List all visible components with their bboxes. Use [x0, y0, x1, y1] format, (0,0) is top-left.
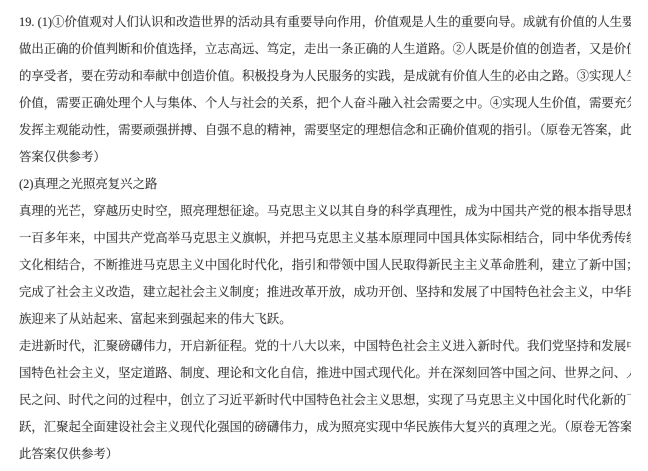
essay-intro: 真理的光芒，穿越历史时空，照亮理想征途。马克思主义以其自身的科学真理性，成为中国…	[19, 198, 631, 225]
text-line: 做出正确的价值判断和价值选择，立志高远、笃定，走出一条正确的人生道路。②人既是价…	[19, 36, 631, 63]
text-line: 发挥主观能动性，需要顽强拼搏、自强不息的精神，需要坚定的理想信念和正确价值观的指…	[19, 117, 631, 144]
essay-new-era: 走进新时代，汇聚磅礴伟力，开启新征程。党的十八大以来，中国特色社会主义进入新时代…	[19, 333, 631, 468]
text-line: 文化相结合，不断推进马克思主义中国化时代化，指引和带领中国人民取得新民主主义革命…	[19, 252, 631, 279]
document-page: 19. (1)①价值观对人们认识和改造世界的活动具有重要导向作用，价值观是人生的…	[0, 0, 648, 471]
text-line: 跃，汇聚起全面建设社会主义现代化强国的磅礴伟力，成为照亮实现中华民族伟大复兴的真…	[19, 414, 631, 441]
answer-part-2-title: (2)真理之光照亮复兴之路	[19, 171, 631, 198]
text-line: 国特色社会主义，坚定道路、制度、理论和文化自信，推进中国式现代化。并在深刻回答中…	[19, 360, 631, 387]
text-line: 真理的光芒，穿越历史时空，照亮理想征途。马克思主义以其自身的科学真理性，成为中国…	[19, 198, 631, 225]
essay-history: 一百多年来，中国共产党高举马克思主义旗帜，并把马克思主义基本原理同中国具体实际相…	[19, 225, 631, 333]
text-line: 完成了社会主义改造，建立起社会主义制度；推进改革开放，成功开创、坚持和发展了中国…	[19, 279, 631, 306]
text-line: 走进新时代，汇聚磅礴伟力，开启新征程。党的十八大以来，中国特色社会主义进入新时代…	[19, 333, 631, 360]
text-line: 此答案仅供参考）	[19, 441, 631, 468]
text-line: 的享受者，要在劳动和奉献中创造价值。积极投身为人民服务的实践，是成就有价值人生的…	[19, 63, 631, 90]
answer-part-1: 19. (1)①价值观对人们认识和改造世界的活动具有重要导向作用，价值观是人生的…	[19, 9, 631, 171]
text-line: 民之问、时代之问的过程中，创立了习近平新时代中国特色社会主义思想，实现了马克思主…	[19, 387, 631, 414]
text-line: 一百多年来，中国共产党高举马克思主义旗帜，并把马克思主义基本原理同中国具体实际相…	[19, 225, 631, 252]
text-line: 19. (1)①价值观对人们认识和改造世界的活动具有重要导向作用，价值观是人生的…	[19, 9, 631, 36]
text-line: 价值，需要正确处理个人与集体、个人与社会的关系，把个人奋斗融入社会需要之中。④实…	[19, 90, 631, 117]
text-line: 答案仅供参考）	[19, 144, 631, 171]
text-line: 族迎来了从站起来、富起来到强起来的伟大飞跃。	[19, 306, 631, 333]
text-line: (2)真理之光照亮复兴之路	[19, 171, 631, 198]
document-body: 19. (1)①价值观对人们认识和改造世界的活动具有重要导向作用，价值观是人生的…	[19, 9, 631, 468]
